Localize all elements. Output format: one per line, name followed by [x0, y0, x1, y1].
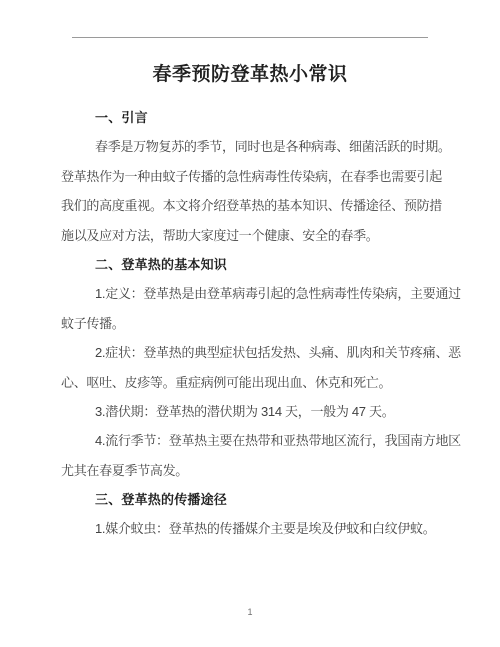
section-heading: 一、引言: [61, 103, 439, 132]
section-heading: 三、登革热的传播途径: [61, 485, 439, 514]
page-number: 1: [0, 605, 500, 619]
text-line: 蚊子传播。: [61, 309, 439, 338]
text-line: 4.流行季节：登革热主要在热带和亚热带地区流行，我国南方地区: [61, 426, 439, 455]
text-line: 心、呕吐、皮疹等。重症病例可能出现出血、休克和死亡。: [61, 368, 439, 397]
document-title: 春季预防登革热小常识: [0, 59, 500, 86]
text-line: 春季是万物复苏的季节，同时也是各种病毒、细菌活跃的时期。: [61, 132, 439, 161]
text-line: 登革热作为一种由蚊子传播的急性病毒性传染病，在春季也需要引起: [61, 162, 439, 191]
text-line: 1.媒介蚊虫：登革热的传播媒介主要是埃及伊蚊和白纹伊蚊。: [61, 514, 439, 543]
text-line: 2.症状：登革热的典型症状包括发热、头痛、肌肉和关节疼痛、恶: [61, 338, 439, 367]
text-line: 尤其在春夏季节高发。: [61, 456, 439, 485]
header-rule: [72, 37, 428, 38]
text-line: 1.定义：登革热是由登革病毒引起的急性病毒性传染病，主要通过: [61, 279, 439, 308]
text-line: 我们的高度重视。本文将介绍登革热的基本知识、传播途径、预防措: [61, 191, 439, 220]
document-body: 一、引言春季是万物复苏的季节，同时也是各种病毒、细菌活跃的时期。登革热作为一种由…: [61, 103, 439, 544]
document-page: 春季预防登革热小常识 一、引言春季是万物复苏的季节，同时也是各种病毒、细菌活跃的…: [0, 0, 500, 647]
text-line: 施以及应对方法，帮助大家度过一个健康、安全的春季。: [61, 221, 439, 250]
section-heading: 二、登革热的基本知识: [61, 250, 439, 279]
text-line: 3.潜伏期：登革热的潜伏期为 314 天，一般为 47 天。: [61, 397, 439, 426]
